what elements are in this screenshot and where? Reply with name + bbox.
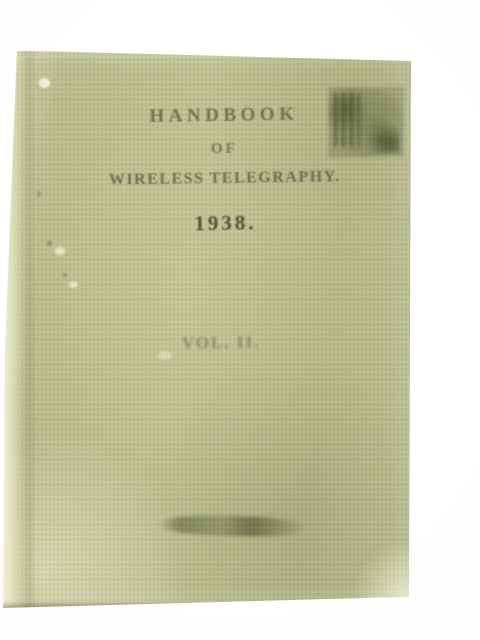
spine-edge-shading (3, 51, 37, 608)
book-cover: HANDBOOK OF WIRELESS TELEGRAPHY. 1938. V… (3, 51, 411, 608)
stamp-corner-blot (372, 127, 400, 153)
wear-fleck (55, 247, 65, 255)
wear-fleck (69, 281, 78, 288)
dark-stamp-remnant (328, 87, 404, 157)
board-bottom-edge (3, 601, 411, 608)
wear-fleck (39, 78, 50, 88)
wear-fleck (158, 351, 172, 360)
stain-speck (37, 191, 41, 197)
photo-stage: HANDBOOK OF WIRELESS TELEGRAPHY. 1938. V… (0, 0, 480, 640)
corner-wear-highlight (351, 538, 411, 608)
stain-speck (63, 273, 67, 277)
stain-speck (47, 241, 52, 246)
stamp-streaks (334, 93, 360, 147)
